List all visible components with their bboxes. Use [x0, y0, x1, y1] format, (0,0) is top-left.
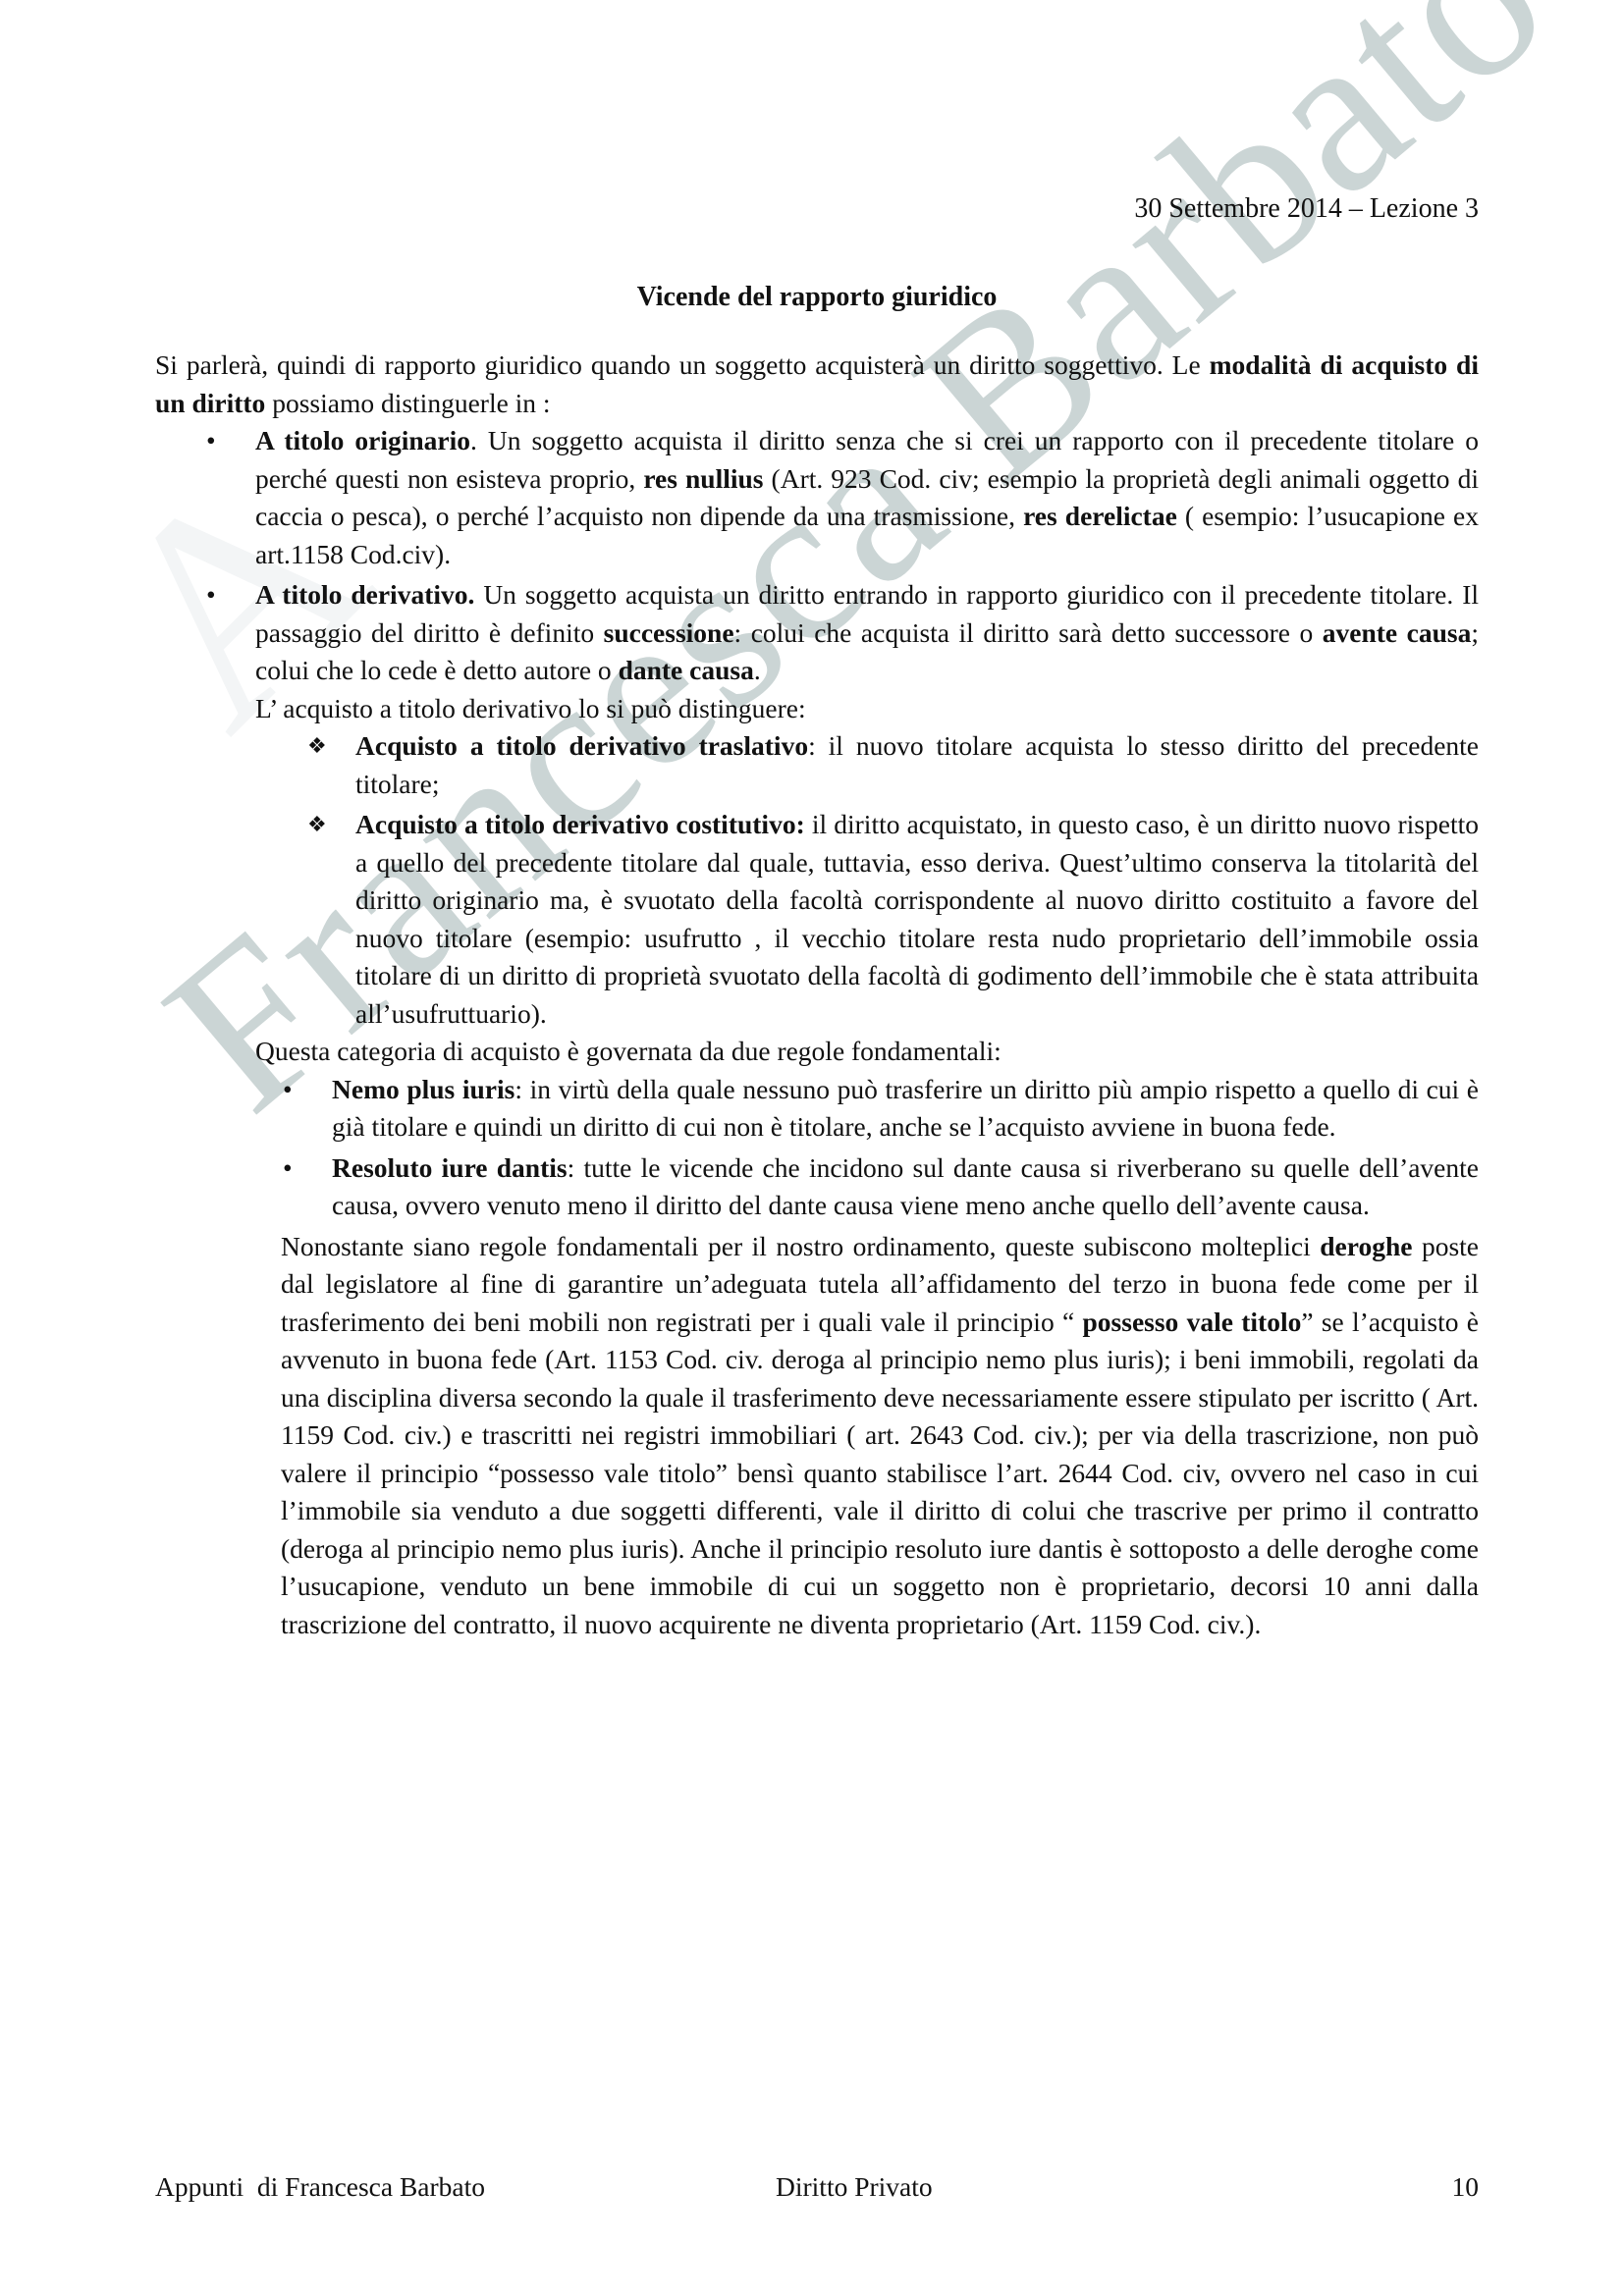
- list-item-titolo-derivativo: •A titolo derivativo. Un soggetto acquis…: [155, 576, 1479, 690]
- list-item-nemo-plus-iuris: •Nemo plus iuris: in virtù della quale n…: [155, 1071, 1479, 1147]
- page-number: 10: [1452, 2171, 1480, 2203]
- diamond-bullet-icon: ❖: [307, 806, 327, 844]
- derivative-intro: L’ acquisto a titolo derivativo lo si pu…: [155, 690, 1479, 728]
- term-bold: dante causa: [619, 655, 754, 685]
- intro-text: Si parlerà, quindi di rapporto giuridico…: [155, 349, 1210, 380]
- rules-intro: Questa categoria di acquisto è governata…: [155, 1033, 1479, 1071]
- paragraph-text: ” se l’acquisto è avvenuto in buona fede…: [281, 1307, 1479, 1639]
- term-bold: A titolo originario: [255, 425, 470, 455]
- term-bold: Resoluto iure dantis: [332, 1152, 568, 1183]
- term-bold: res derelictae: [1023, 501, 1177, 531]
- list-item-titolo-originario: •A titolo originario. Un soggetto acquis…: [155, 422, 1479, 573]
- term-bold: Acquisto a titolo derivativo traslativo: [355, 730, 808, 761]
- paragraph-text: Nonostante siano regole fondamentali per…: [281, 1231, 1320, 1261]
- term-bold: A titolo derivativo.: [255, 579, 474, 610]
- item-text: .: [754, 655, 761, 685]
- list-item-costitutivo: ❖Acquisto a titolo derivativo costitutiv…: [155, 806, 1479, 1033]
- footer-subject: Diritto Privato: [776, 2171, 933, 2203]
- intro-paragraph: Si parlerà, quindi di rapporto giuridico…: [155, 347, 1479, 422]
- exceptions-paragraph: Nonostante siano regole fondamentali per…: [155, 1228, 1479, 1644]
- term-bold: deroghe: [1320, 1231, 1412, 1261]
- term-bold: avente causa: [1323, 617, 1472, 648]
- bullet-icon: •: [283, 1149, 293, 1188]
- list-item-resoluto-iure-dantis: •Resoluto iure dantis: tutte le vicende …: [155, 1149, 1479, 1225]
- term-bold: successione: [604, 617, 734, 648]
- list-item-traslativo: ❖Acquisto a titolo derivativo traslativo…: [155, 727, 1479, 803]
- intro-text-end: possiamo distinguerle in :: [265, 388, 550, 418]
- diamond-bullet-icon: ❖: [307, 727, 327, 766]
- lesson-date-header: 30 Settembre 2014 – Lezione 3: [1134, 193, 1479, 225]
- term-bold: Acquisto a titolo derivativo costitutivo…: [355, 809, 805, 839]
- term-bold: res nullius: [643, 463, 763, 494]
- document-page: A Francesca Barbato 30 Settembre 2014 – …: [0, 0, 1624, 2296]
- page-title: Vicende del rapporto giuridico: [155, 282, 1479, 313]
- bullet-icon: •: [206, 422, 216, 460]
- item-text: : colui che acquista il diritto sarà det…: [734, 617, 1323, 648]
- body-text: Si parlerà, quindi di rapporto giuridico…: [155, 347, 1479, 1643]
- item-text: il diritto acquistato, in questo caso, è…: [355, 809, 1479, 1029]
- term-bold: Nemo plus iuris: [332, 1074, 514, 1104]
- footer-author: Appunti di Francesca Barbato: [155, 2171, 485, 2203]
- bullet-icon: •: [206, 576, 216, 614]
- term-bold: possesso vale titolo: [1083, 1307, 1302, 1337]
- bullet-icon: •: [283, 1071, 293, 1109]
